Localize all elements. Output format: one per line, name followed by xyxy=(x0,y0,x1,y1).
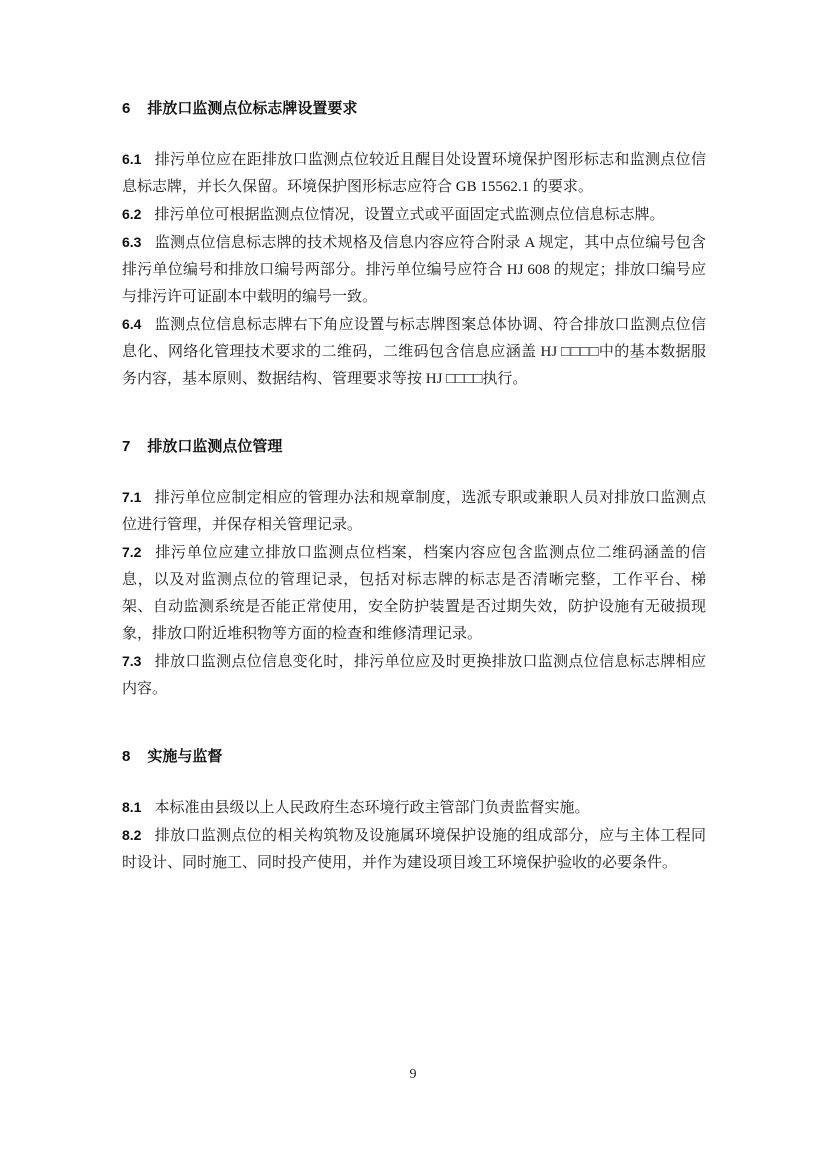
section-number: 6 xyxy=(122,95,130,122)
section-6: 6排放口监测点位标志牌设置要求 6.1排污单位应在距排放口监测点位较近且醒目处设… xyxy=(122,95,706,393)
section-7: 7排放口监测点位管理 7.1排污单位应制定相应的管理办法和规章制度，选派专职或兼… xyxy=(122,433,706,703)
clause-text: 排污单位应建立排放口监测点位档案，档案内容应包含监测点位二维码涵盖的信息，以及对… xyxy=(122,545,706,642)
section-number: 7 xyxy=(122,433,130,460)
clause-text: 本标准由县级以上人民政府生态环境行政主管部门负责监督实施。 xyxy=(154,800,589,816)
clause-text: 排放口监测点位信息变化时，排污单位应及时更换排放口监测点位信息标志牌相应内容。 xyxy=(122,654,706,697)
section-title: 排放口监测点位管理 xyxy=(147,438,282,455)
clause-number: 6.2 xyxy=(122,201,141,228)
clause-text: 监测点位信息标志牌的技术规格及信息内容应符合附录 A 规定，其中点位编号包含排污… xyxy=(122,235,706,305)
page-number: 9 xyxy=(0,1066,826,1084)
clause-text: 排放口监测点位的相关构筑物及设施属环境保护设施的组成部分，应与主体工程同时设计、… xyxy=(122,828,706,871)
section-heading: 8实施与监督 xyxy=(122,743,706,770)
clause-number: 7.1 xyxy=(122,484,141,511)
section-title: 实施与监督 xyxy=(147,748,222,765)
clause-6-3: 6.3监测点位信息标志牌的技术规格及信息内容应符合附录 A 规定，其中点位编号包… xyxy=(122,229,706,311)
document-page: 6排放口监测点位标志牌设置要求 6.1排污单位应在距排放口监测点位较近且醒目处设… xyxy=(0,0,826,1169)
clause-number: 7.3 xyxy=(122,648,141,675)
clause-6-2: 6.2排污单位可根据监测点位情况，设置立式或平面固定式监测点位信息标志牌。 xyxy=(122,201,706,229)
clause-number: 6.4 xyxy=(122,311,141,338)
clause-7-2: 7.2排污单位应建立排放口监测点位档案，档案内容应包含监测点位二维码涵盖的信息，… xyxy=(122,539,706,648)
section-heading: 6排放口监测点位标志牌设置要求 xyxy=(122,95,706,122)
clause-number: 6.1 xyxy=(122,146,141,173)
clause-number: 6.3 xyxy=(122,229,141,256)
clause-number: 8.2 xyxy=(122,822,141,849)
clause-text: 排污单位应制定相应的管理办法和规章制度，选派专职或兼职人员对排放口监测点位进行管… xyxy=(122,490,706,533)
section-number: 8 xyxy=(122,743,130,770)
clause-text: 排污单位可根据监测点位情况，设置立式或平面固定式监测点位信息标志牌。 xyxy=(154,207,664,223)
section-8: 8实施与监督 8.1本标准由县级以上人民政府生态环境行政主管部门负责监督实施。 … xyxy=(122,743,706,877)
document-body: 6排放口监测点位标志牌设置要求 6.1排污单位应在距排放口监测点位较近且醒目处设… xyxy=(122,95,706,877)
section-title: 排放口监测点位标志牌设置要求 xyxy=(147,100,357,117)
clause-text: 监测点位信息标志牌右下角应设置与标志牌图案总体协调、符合排放口监测点位信息化、网… xyxy=(122,317,706,387)
clause-6-4: 6.4监测点位信息标志牌右下角应设置与标志牌图案总体协调、符合排放口监测点位信息… xyxy=(122,311,706,393)
clause-number: 7.2 xyxy=(122,539,141,566)
clause-7-1: 7.1排污单位应制定相应的管理办法和规章制度，选派专职或兼职人员对排放口监测点位… xyxy=(122,484,706,539)
clause-number: 8.1 xyxy=(122,794,141,821)
clause-6-1: 6.1排污单位应在距排放口监测点位较近且醒目处设置环境保护图形标志和监测点位信息… xyxy=(122,146,706,201)
clause-8-2: 8.2排放口监测点位的相关构筑物及设施属环境保护设施的组成部分，应与主体工程同时… xyxy=(122,822,706,877)
clause-8-1: 8.1本标准由县级以上人民政府生态环境行政主管部门负责监督实施。 xyxy=(122,794,706,822)
clause-7-3: 7.3排放口监测点位信息变化时，排污单位应及时更换排放口监测点位信息标志牌相应内… xyxy=(122,648,706,703)
clause-text: 排污单位应在距排放口监测点位较近且醒目处设置环境保护图形标志和监测点位信息标志牌… xyxy=(122,152,706,195)
section-heading: 7排放口监测点位管理 xyxy=(122,433,706,460)
